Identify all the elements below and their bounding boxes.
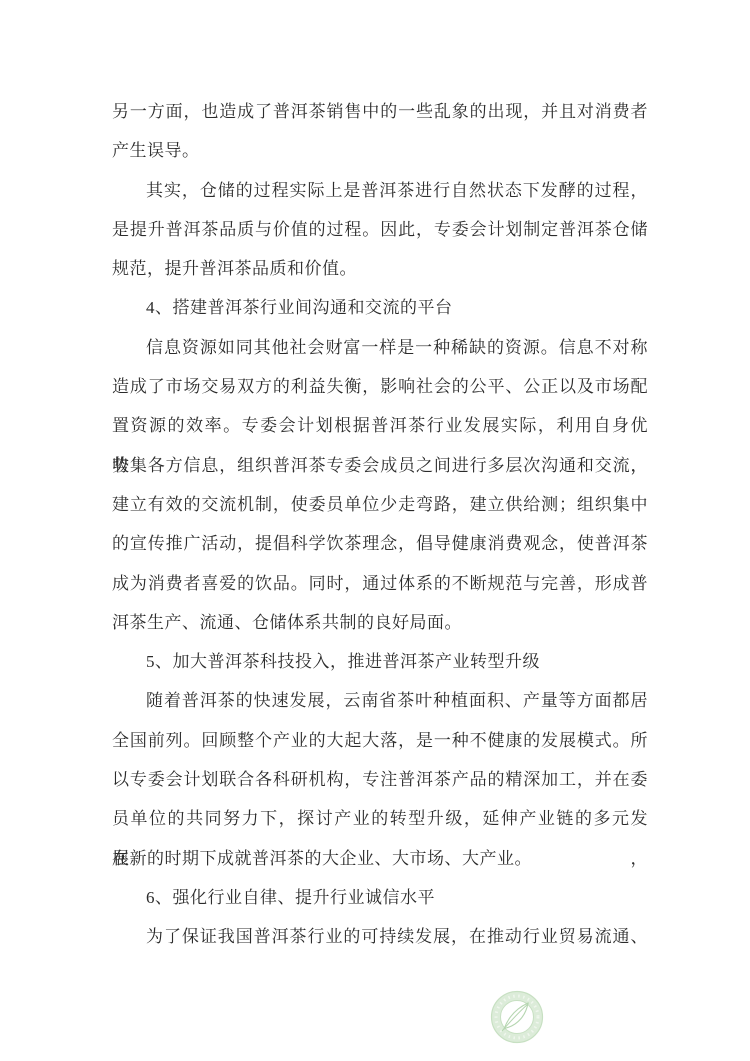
text-line: 建立有效的交流机制，使委员单位少走弯路，建立供给测；组织集中 — [112, 485, 648, 524]
text-line: 造成了市场交易双方的利益失衡，影响社会的公平、公正以及市场配 — [112, 367, 648, 406]
text-line: 收集各方信息，组织普洱茶专委会成员之间进行多层次沟通和交流， — [112, 446, 648, 485]
text-line: 另一方面，也造成了普洱茶销售中的一些乱象的出现，并且对消费者 — [112, 92, 648, 131]
text-line: 全国前列。回顾整个产业的大起大落，是一种不健康的发展模式。所 — [112, 721, 648, 760]
text-line: 4、搭建普洱茶行业间沟通和交流的平台 — [112, 288, 648, 327]
text-line: 员单位的共同努力下，探讨产业的转型升级，延伸产业链的多元发展， — [112, 799, 648, 838]
text-line: 成为消费者喜爱的饮品。同时，通过体系的不断规范与完善，形成普 — [112, 564, 648, 603]
text-line: 其实，仓储的过程实际上是普洱茶进行自然状态下发酵的过程， — [112, 171, 648, 210]
text-line: 信息资源如同其他社会财富一样是一种稀缺的资源。信息不对称 — [112, 328, 648, 367]
text-line: 以专委会计划联合各科研机构，专注普洱茶产品的精深加工，并在委 — [112, 760, 648, 799]
text-line: 是提升普洱茶品质与价值的过程。因此，专委会计划制定普洱茶仓储 — [112, 210, 648, 249]
text-line: 洱茶生产、流通、仓储体系共制的良好局面。 — [112, 603, 648, 642]
text-line: 置资源的效率。专委会计划根据普洱茶行业发展实际，利用自身优势， — [112, 406, 648, 445]
text-line: 规范，提升普洱茶品质和价值。 — [112, 249, 648, 288]
leaf-seal-icon — [489, 989, 545, 1045]
text-line: 随着普洱茶的快速发展，云南省茶叶种植面积、产量等方面都居 — [112, 681, 648, 720]
document-body: 另一方面，也造成了普洱茶销售中的一些乱象的出现，并且对消费者产生误导。其实，仓储… — [112, 92, 648, 957]
text-line: 的宣传推广活动，提倡科学饮茶理念，倡导健康消费观念，使普洱茶 — [112, 524, 648, 563]
document-page: 另一方面，也造成了普洱茶销售中的一些乱象的出现，并且对消费者产生误导。其实，仓储… — [0, 0, 750, 1061]
text-line: 6、强化行业自律、提升行业诚信水平 — [112, 878, 648, 917]
text-line: 为了保证我国普洱茶行业的可持续发展，在推动行业贸易流通、 — [112, 917, 648, 956]
text-line: 产生误导。 — [112, 131, 648, 170]
text-line: 5、加大普洱茶科技投入，推进普洱茶产业转型升级 — [112, 642, 648, 681]
leaf-watermark — [489, 989, 545, 1045]
